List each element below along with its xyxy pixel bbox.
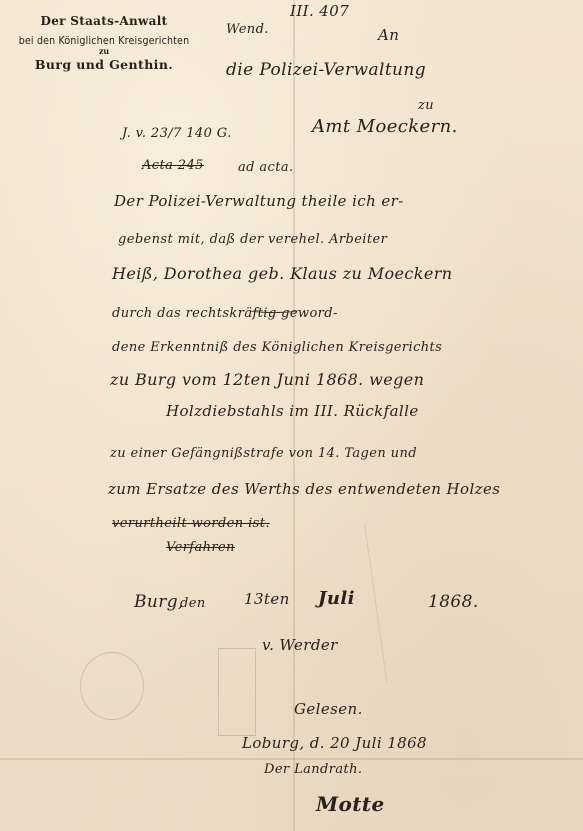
body-line-6: zu Burg vom 12ten Juni 1868. wegen (110, 370, 424, 389)
document-page: Der Staats-Anwalt bei den Königlichen Kr… (0, 0, 583, 831)
body-line-10: verurtheilt worden ist. (112, 516, 270, 531)
body-line-2: gebenst mit, daß der verehel. Arbeiter (118, 232, 387, 247)
letterhead-title: Der Staats-Anwalt (14, 14, 194, 28)
fold-crease-horizontal (0, 758, 583, 760)
body-line-5: dene Erkenntniß des Königlichen Kreisger… (112, 340, 442, 355)
annotation-title: Der Landrath. (264, 762, 362, 777)
pencil-mark (364, 518, 427, 682)
struck-word: Verfahren (166, 540, 235, 555)
letterhead-place: Burg und Genthin. (14, 57, 194, 72)
closing-day: 13ten (244, 590, 290, 608)
closing-year: 1868. (428, 592, 479, 612)
closing-month: Juli (318, 588, 355, 609)
faded-round-stamp (80, 652, 144, 720)
received-note: Wend. (226, 22, 269, 37)
salutation: An (378, 26, 399, 44)
file-reference: III. 407 (290, 2, 349, 20)
faded-rect-stamp (218, 648, 256, 736)
letterhead: Der Staats-Anwalt bei den Königlichen Kr… (14, 8, 194, 72)
body-line-9: zum Ersatze des Werths des entwendeten H… (108, 480, 500, 498)
body-line-8: zu einer Gefängnißstrafe von 14. Tagen u… (110, 446, 417, 461)
reference-acta: Acta 245 (142, 158, 204, 173)
closing-den: den (180, 596, 206, 611)
body-line-4: durch das rechtskräftig geword- (112, 306, 338, 321)
annotation-date: Loburg, d. 20 Juli 1868 (242, 734, 427, 752)
reference-number: J. v. 23/7 140 G. (122, 126, 232, 141)
recipient: die Polizei-Verwaltung (226, 60, 426, 80)
letterhead-zu: zu (14, 46, 194, 56)
prosecutor-signature: v. Werder (262, 636, 338, 654)
recipient-place: Amt Moeckern. (312, 116, 458, 137)
blank-flourish (246, 306, 301, 313)
body-line-7: Holzdiebstahls im III. Rückfalle (166, 402, 419, 420)
annotation-read: Gelesen. (294, 700, 363, 718)
reference-ad-acta: ad acta. (238, 160, 294, 175)
recipient-prep: zu (418, 98, 434, 113)
body-line-1: Der Polizei-Verwaltung theile ich er- (114, 192, 404, 210)
closing-place: Burg, (134, 592, 184, 612)
landrat-signature: Motte (316, 792, 385, 816)
body-line-3: Heiß, Dorothea geb. Klaus zu Moeckern (112, 264, 453, 283)
